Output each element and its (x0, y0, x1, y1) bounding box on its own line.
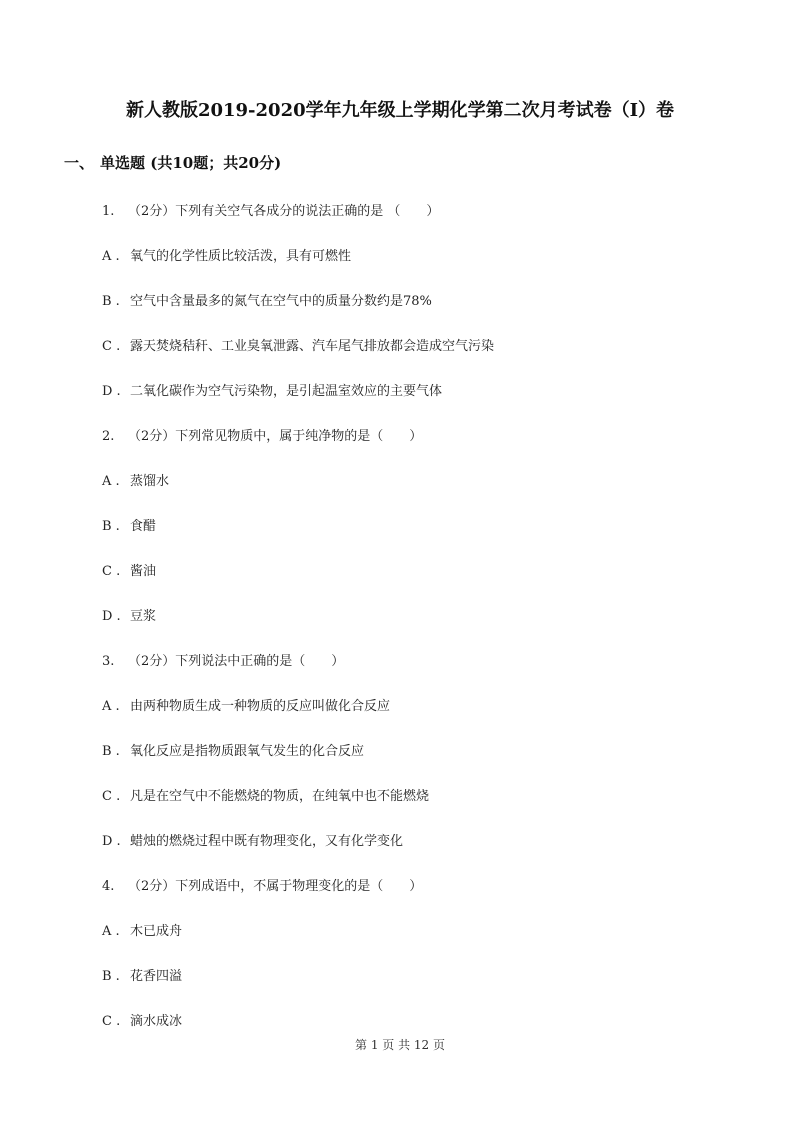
q3-option-c: C .凡是在空气中不能燃烧的物质，在纯氧中也不能燃烧 (102, 785, 429, 804)
option-text: 由两种物质生成一种物质的反应叫做化合反应 (130, 699, 390, 714)
option-text: 蜡烛的燃烧过程中既有物理变化，又有化学变化 (130, 834, 403, 849)
option-text: 氧气的化学性质比较活泼，具有可燃性 (130, 249, 351, 264)
q4-option-c: C .滴水成冰 (102, 1010, 182, 1029)
option-label: D . (102, 834, 130, 849)
option-label: C . (102, 789, 130, 804)
q2-option-a: A .蒸馏水 (102, 470, 169, 489)
question-4-stem: 4.（2分）下列成语中，不属于物理变化的是（ ） (102, 875, 422, 894)
option-label: D . (102, 609, 130, 624)
page-footer: 第 1 页 共 12 页 (0, 1036, 800, 1053)
option-label: A . (102, 249, 130, 264)
option-text: 氧化反应是指物质跟氧气发生的化合反应 (130, 744, 364, 759)
q3-option-a: A .由两种物质生成一种物质的反应叫做化合反应 (102, 695, 390, 714)
q2-option-c: C .酱油 (102, 560, 156, 579)
option-label: A . (102, 699, 130, 714)
option-label: B . (102, 519, 130, 534)
option-label: B . (102, 294, 130, 309)
question-text: （2分）下列常见物质中，属于纯净物的是（ ） (128, 429, 422, 444)
question-3-stem: 3.（2分）下列说法中正确的是（ ） (102, 650, 344, 669)
question-2-stem: 2.（2分）下列常见物质中，属于纯净物的是（ ） (102, 425, 422, 444)
option-label: B . (102, 744, 130, 759)
q4-option-a: A .木已成舟 (102, 920, 182, 939)
option-label: C . (102, 564, 130, 579)
q2-option-d: D .豆浆 (102, 605, 156, 624)
q2-option-b: B .食醋 (102, 515, 156, 534)
section-number: 一、 (64, 152, 100, 173)
question-number: 1. (102, 204, 128, 219)
q4-option-b: B .花香四溢 (102, 965, 182, 984)
option-text: 食醋 (130, 519, 156, 534)
q1-option-c: C .露天焚烧秸秆、工业臭氧泄露、汽车尾气排放都会造成空气污染 (102, 335, 494, 354)
question-text: （2分）下列有关空气各成分的说法正确的是 （ ） (128, 204, 439, 219)
option-text: 豆浆 (130, 609, 156, 624)
option-label: D . (102, 384, 130, 399)
q3-option-d: D .蜡烛的燃烧过程中既有物理变化，又有化学变化 (102, 830, 403, 849)
page-title: 新人教版2019-2020学年九年级上学期化学第二次月考试卷（I）卷 (0, 96, 800, 122)
option-text: 二氧化碳作为空气污染物，是引起温室效应的主要气体 (130, 384, 442, 399)
option-text: 木已成舟 (130, 924, 182, 939)
option-label: B . (102, 969, 130, 984)
q3-option-b: B .氧化反应是指物质跟氧气发生的化合反应 (102, 740, 364, 759)
question-number: 2. (102, 429, 128, 444)
option-label: A . (102, 924, 130, 939)
option-text: 空气中含量最多的氮气在空气中的质量分数约是78% (130, 294, 432, 309)
option-text: 滴水成冰 (130, 1014, 182, 1029)
option-label: C . (102, 1014, 130, 1029)
q1-option-b: B .空气中含量最多的氮气在空气中的质量分数约是78% (102, 290, 432, 309)
section-heading: 一、单选题 (共10题；共20分) (64, 152, 281, 173)
question-text: （2分）下列成语中，不属于物理变化的是（ ） (128, 879, 422, 894)
option-text: 蒸馏水 (130, 474, 169, 489)
option-label: A . (102, 474, 130, 489)
option-label: C . (102, 339, 130, 354)
question-1-stem: 1.（2分）下列有关空气各成分的说法正确的是 （ ） (102, 200, 439, 219)
option-text: 酱油 (130, 564, 156, 579)
question-number: 4. (102, 879, 128, 894)
option-text: 花香四溢 (130, 969, 182, 984)
question-text: （2分）下列说法中正确的是（ ） (128, 654, 344, 669)
q1-option-d: D .二氧化碳作为空气污染物，是引起温室效应的主要气体 (102, 380, 442, 399)
question-number: 3. (102, 654, 128, 669)
section-label: 单选题 (共10题；共20分) (100, 154, 281, 172)
option-text: 凡是在空气中不能燃烧的物质，在纯氧中也不能燃烧 (130, 789, 429, 804)
option-text: 露天焚烧秸秆、工业臭氧泄露、汽车尾气排放都会造成空气污染 (130, 339, 494, 354)
q1-option-a: A .氧气的化学性质比较活泼，具有可燃性 (102, 245, 351, 264)
